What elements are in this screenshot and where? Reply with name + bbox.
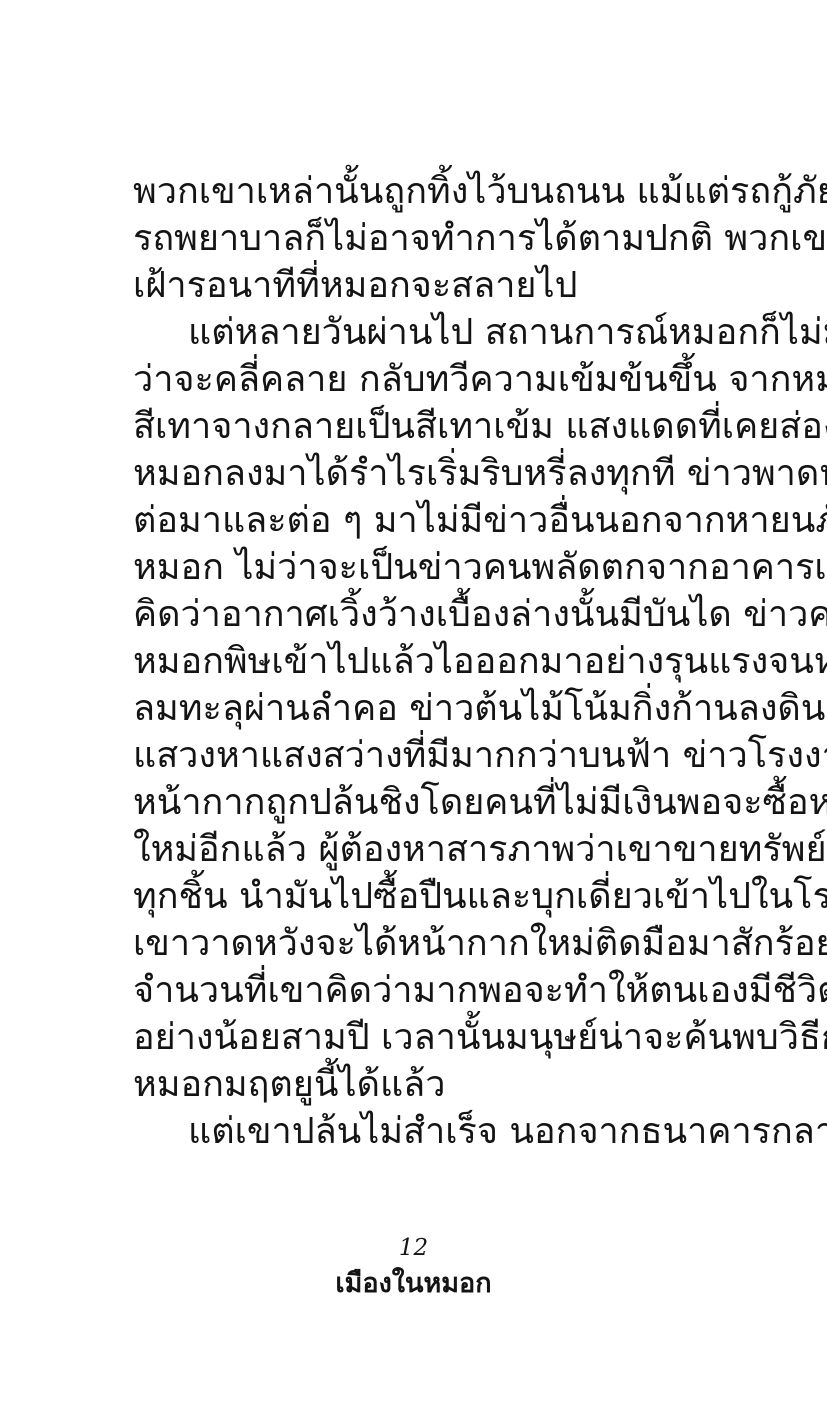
running-footer-title: เมืองในหมอก [0, 1266, 827, 1302]
book-page: พวกเขาเหล่านั้นถูกทิ้งไว้บนถนน แม้แต่รถก… [0, 0, 827, 1418]
text-line: หมอกลงมาได้รำไรเริ่มริบหรี่ลงทุกที ข่าวพ… [133, 450, 695, 497]
text-line: ว่าจะคลี่คลาย กลับทวีความเข้มข้นขึ้น จาก… [133, 356, 695, 403]
text-line: คิดว่าอากาศเวิ้งว้างเบื้องล่างนั้นมีบันไ… [133, 591, 695, 638]
text-line: สีเทาจางกลายเป็นสีเทาเข้ม แสงแดดที่เคยส่… [133, 403, 695, 450]
text-line: เขาวาดหวังจะได้หน้ากากใหม่ติดมือมาสักร้อ… [133, 920, 695, 967]
paragraph: แต่หลายวันผ่านไป สถานการณ์หมอกก็ไม่มีวี่… [133, 309, 695, 1108]
text-line: เฝ้ารอนาทีที่หมอกจะสลายไป [133, 262, 695, 309]
text-line: หน้ากากถูกปล้นชิงโดยคนที่ไม่มีเงินพอจะซื… [133, 779, 695, 826]
text-line: อย่างน้อยสามปี เวลานั้นมนุษย์น่าจะค้นพบว… [133, 1014, 695, 1061]
text-line: ลมทะลุผ่านลำคอ ข่าวต้นไม้โน้มกิ่งก้านลงด… [133, 685, 695, 732]
text-line: ทุกชิ้น นำมันไปซื้อปืนและบุกเดี่ยวเข้าไป… [133, 873, 695, 920]
paragraph: พวกเขาเหล่านั้นถูกทิ้งไว้บนถนน แม้แต่รถก… [133, 168, 695, 309]
text-line: รถพยาบาลก็ไม่อาจทำการได้ตามปกติ พวกเขาได… [133, 215, 695, 262]
text-line: หมอกมฤตยูนี้ได้แล้ว [133, 1061, 695, 1108]
text-line: ต่อมาและต่อ ๆ มาไม่มีข่าวอื่นนอกจากหายนภ… [133, 497, 695, 544]
text-line: หมอกพิษเข้าไปแล้วไอออกมาอย่างรุนแรงจนหลอ… [133, 638, 695, 685]
text-line: จำนวนที่เขาคิดว่ามากพอจะทำให้ตนเองมีชีวิ… [133, 967, 695, 1014]
text-line: แต่หลายวันผ่านไป สถานการณ์หมอกก็ไม่มีวี่… [133, 309, 695, 356]
text-line: หมอก ไม่ว่าจะเป็นข่าวคนพลัดตกจากอาคารเพร… [133, 544, 695, 591]
text-line: แสวงหาแสงสว่างที่มีมากกว่าบนฟ้า ข่าวโรงง… [133, 732, 695, 779]
text-line: ใหม่อีกแล้ว ผู้ต้องหาสารภาพว่าเขาขายทรัพ… [133, 826, 695, 873]
text-line: พวกเขาเหล่านั้นถูกทิ้งไว้บนถนน แม้แต่รถก… [133, 168, 695, 215]
text-line: แต่เขาปล้นไม่สำเร็จ นอกจากธนาคารกลางของ [133, 1108, 695, 1155]
page-number: 12 [0, 1233, 827, 1263]
body-text: พวกเขาเหล่านั้นถูกทิ้งไว้บนถนน แม้แต่รถก… [133, 168, 695, 1155]
paragraph: แต่เขาปล้นไม่สำเร็จ นอกจากธนาคารกลางของ [133, 1108, 695, 1155]
